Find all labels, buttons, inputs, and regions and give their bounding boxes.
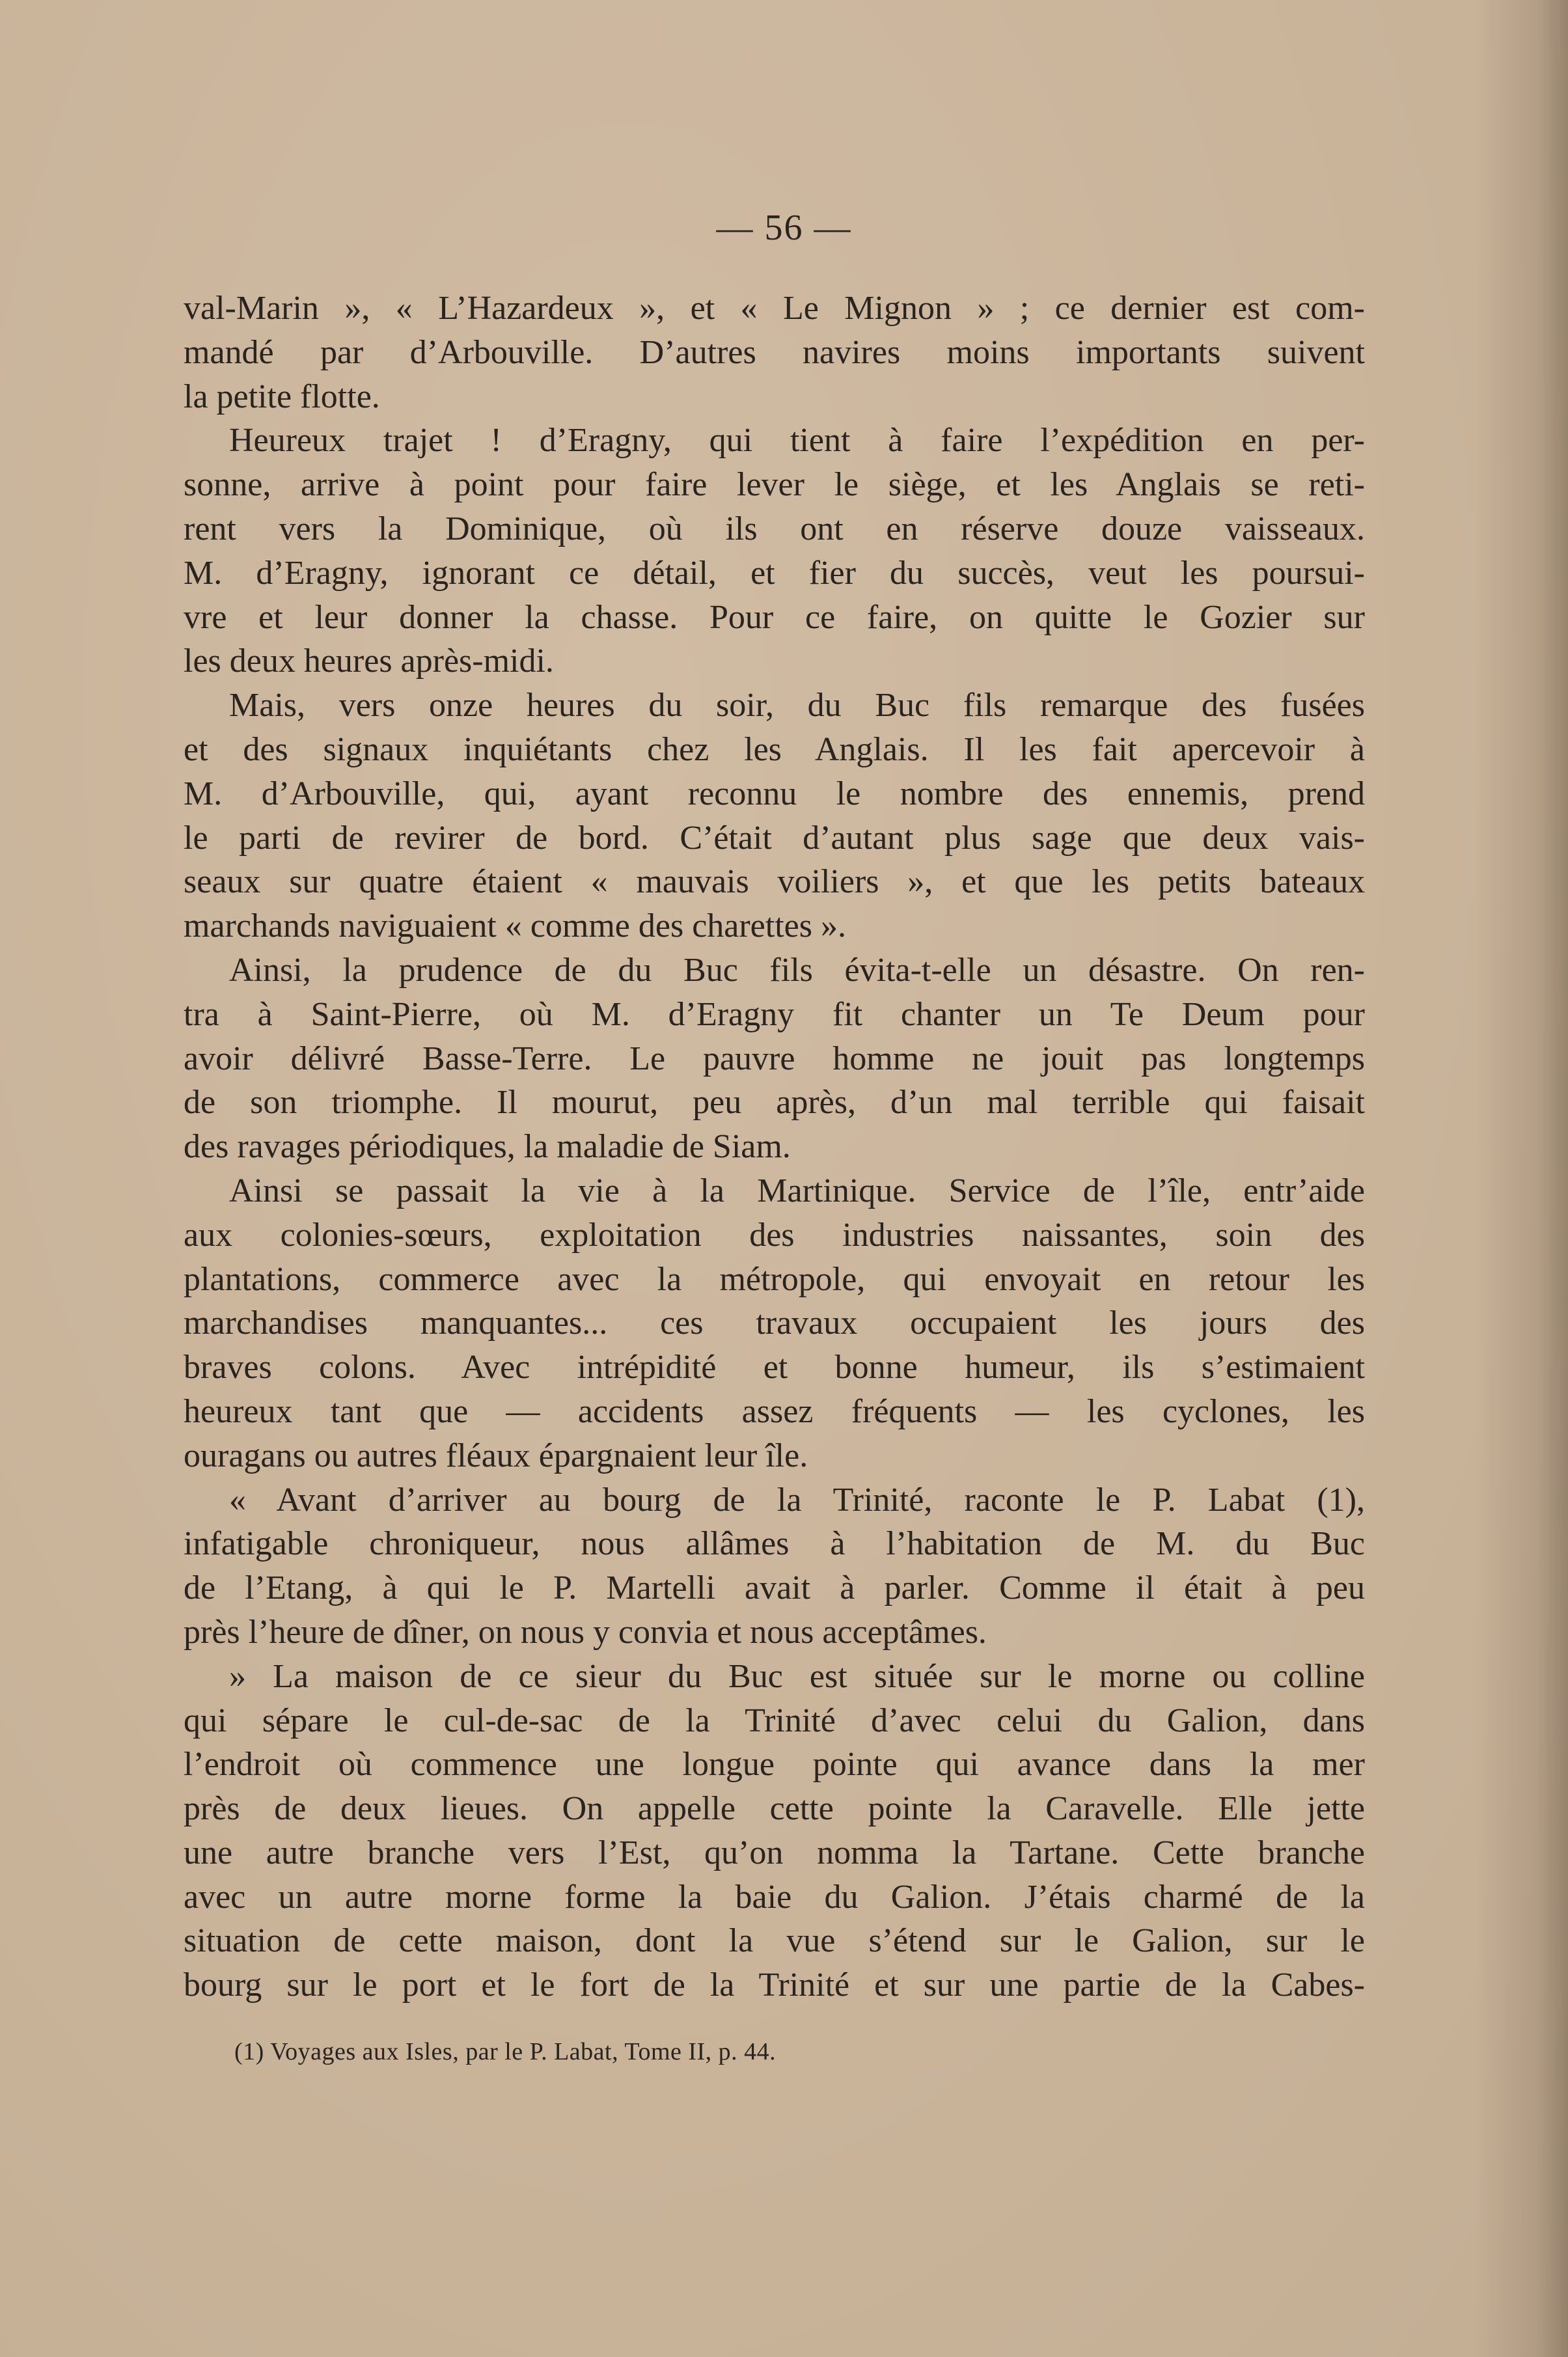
text-line: rent vers la Dominique, où ils ont en ré…	[184, 507, 1365, 551]
text-line: sonne, arrive à point pour faire lever l…	[184, 463, 1365, 507]
text-line: des ravages périodiques, la maladie de S…	[184, 1125, 1365, 1169]
text-line: l’endroit où commence une longue pointe …	[184, 1743, 1365, 1787]
text-line: Heureux trajet ! d’Eragny, qui tient à f…	[184, 419, 1365, 463]
text-line: le parti de revirer de bord. C’était d’a…	[184, 816, 1365, 861]
footnote: (1) Voyages aux Isles, par le P. Labat, …	[234, 2037, 776, 2066]
text-line: situation de cette maison, dont la vue s…	[184, 1919, 1365, 1963]
text-line: aux colonies-sœurs, exploitation des ind…	[184, 1213, 1365, 1258]
text-line: M. d’Arbouville, qui, ayant reconnu le n…	[184, 772, 1365, 816]
text-line: tra à Saint-Pierre, où M. d’Eragny fit c…	[184, 993, 1365, 1037]
text-line: Ainsi, la prudence de du Buc fils évita-…	[184, 948, 1365, 993]
text-line: Ainsi se passait la vie à la Martinique.…	[184, 1169, 1365, 1213]
body-text: val-Marin », « L’Hazardeux », et « Le Mi…	[184, 286, 1365, 2007]
text-line: de l’Etang, à qui le P. Martelli avait à…	[184, 1566, 1365, 1610]
text-line: de son triomphe. Il mourut, peu après, d…	[184, 1081, 1365, 1125]
text-line: plantations, commerce avec la métropole,…	[184, 1258, 1365, 1302]
text-line: avoir délivré Basse-Terre. Le pauvre hom…	[184, 1037, 1365, 1081]
text-line: qui sépare le cul-de-sac de la Trinité d…	[184, 1699, 1365, 1743]
text-line: « Avant d’arriver au bourg de la Trinité…	[184, 1478, 1365, 1523]
text-line: marchandises manquantes... ces travaux o…	[184, 1301, 1365, 1345]
text-line: bourg sur le port et le fort de la Trini…	[184, 1963, 1365, 2007]
text-line: une autre branche vers l’Est, qu’on nomm…	[184, 1831, 1365, 1875]
text-line: Mais, vers onze heures du soir, du Buc f…	[184, 683, 1365, 728]
text-line: vre et leur donner la chasse. Pour ce fa…	[184, 596, 1365, 640]
text-line: M. d’Eragny, ignorant ce détail, et fier…	[184, 551, 1365, 596]
text-line: la petite flotte.	[184, 375, 1365, 419]
text-line: avec un autre morne forme la baie du Gal…	[184, 1875, 1365, 1920]
text-line: les deux heures après-midi.	[184, 639, 1365, 683]
text-line: heureux tant que — accidents assez fréqu…	[184, 1390, 1365, 1434]
text-line: infatigable chroniqueur, nous allâmes à …	[184, 1522, 1365, 1566]
text-line: près l’heure de dîner, on nous y convia …	[184, 1610, 1365, 1655]
page-number: — 56 —	[0, 207, 1568, 249]
text-line: marchands naviguaient « comme des charet…	[184, 904, 1365, 948]
text-line: val-Marin », « L’Hazardeux », et « Le Mi…	[184, 286, 1365, 331]
text-line: et des signaux inquiétants chez les Angl…	[184, 728, 1365, 772]
text-line: près de deux lieues. On appelle cette po…	[184, 1787, 1365, 1831]
text-line: seaux sur quatre étaient « mauvais voili…	[184, 860, 1365, 904]
text-line: ouragans ou autres fléaux épargnaient le…	[184, 1434, 1365, 1478]
text-line: mandé par d’Arbouville. D’autres navires…	[184, 331, 1365, 375]
text-line: braves colons. Avec intrépidité et bonne…	[184, 1345, 1365, 1390]
text-line: » La maison de ce sieur du Buc est situé…	[184, 1655, 1365, 1699]
